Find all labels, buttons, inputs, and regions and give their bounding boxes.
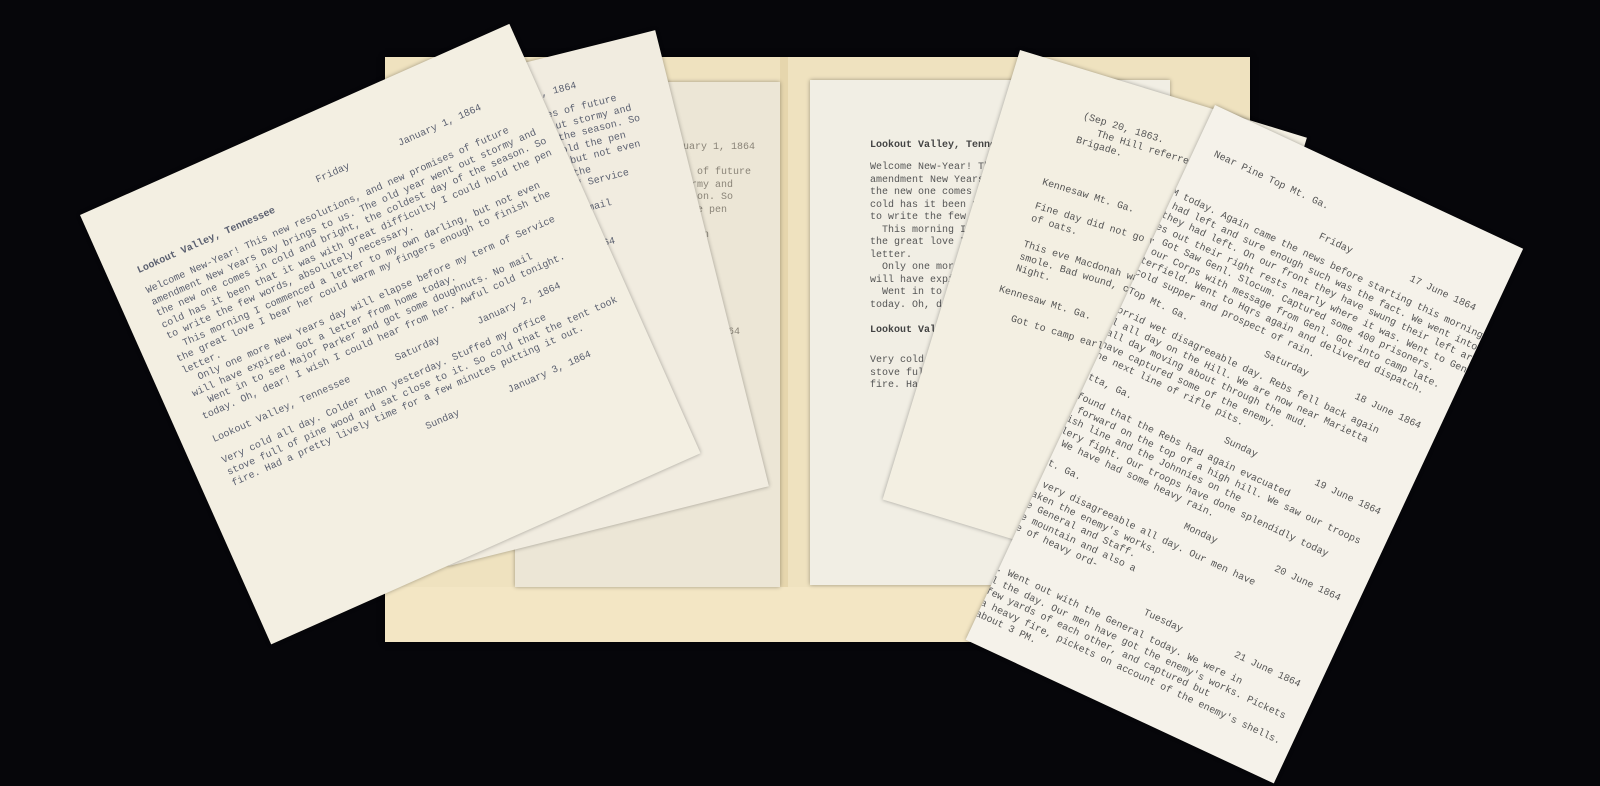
- page-body-3: Got to camp early: [1009, 314, 1110, 356]
- page-fourth-day: Monday: [1181, 522, 1219, 549]
- page-heading-place: Near Pine Top Mt. Ga.: [1211, 150, 1331, 215]
- page-heading-day: Friday: [1316, 232, 1354, 259]
- folder-spine: [780, 57, 788, 642]
- page-third-day: Sunday: [424, 408, 462, 434]
- page-third-day: Sunday: [1221, 436, 1259, 463]
- page-heading-day: Friday: [315, 162, 353, 188]
